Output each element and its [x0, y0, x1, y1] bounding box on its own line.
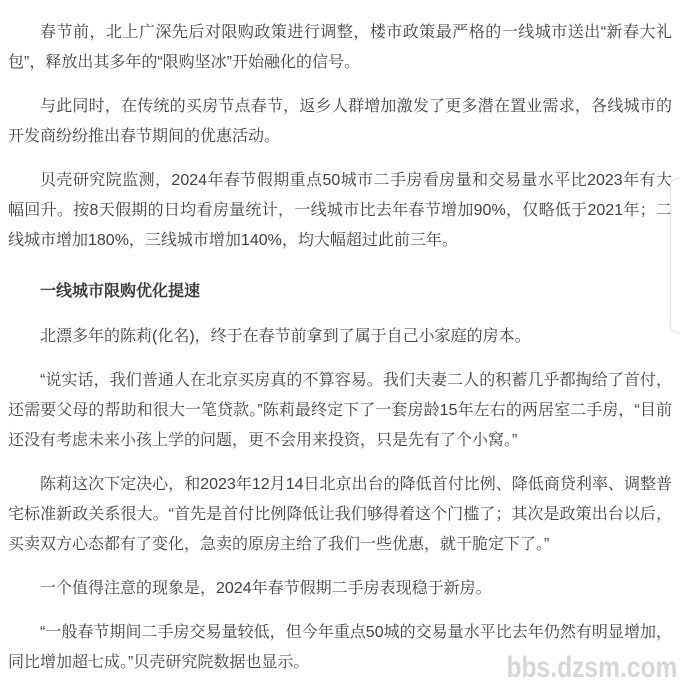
article-paragraph: 陈莉这次下定决心，和2023年12月14日北京出台的降低首付比例、降低商贷利率、… [8, 470, 672, 560]
floating-side-panel[interactable] [670, 178, 680, 333]
site-watermark: bbs.dzsm.com [506, 653, 677, 683]
article-body: 春节前，北上广深先后对限购政策进行调整，楼市政策最严格的一线城市送出“新春大礼包… [0, 0, 680, 678]
section-heading: 一线城市限购优化提速 [8, 277, 672, 307]
article-paragraph: 春节前，北上广深先后对限购政策进行调整，楼市政策最严格的一线城市送出“新春大礼包… [8, 18, 672, 78]
article-paragraph: “说实话，我们普通人在北京买房真的不算容易。我们夫妻二人的积蓄几乎都掏给了首付，… [8, 366, 672, 456]
article-paragraph: 贝壳研究院监测，2024年春节假期重点50城市二手房看房量和交易量水平比2023… [8, 166, 672, 256]
article-paragraph: 北漂多年的陈莉(化名)，终于在春节前拿到了属于自己小家庭的房本。 [8, 322, 672, 352]
article-paragraph: 一个值得注意的现象是，2024年春节假期二手房表现稳于新房。 [8, 574, 672, 604]
article-paragraph: 与此同时，在传统的买房节点春节，返乡人群增加激发了更多潜在置业需求，各线城市的开… [8, 92, 672, 152]
